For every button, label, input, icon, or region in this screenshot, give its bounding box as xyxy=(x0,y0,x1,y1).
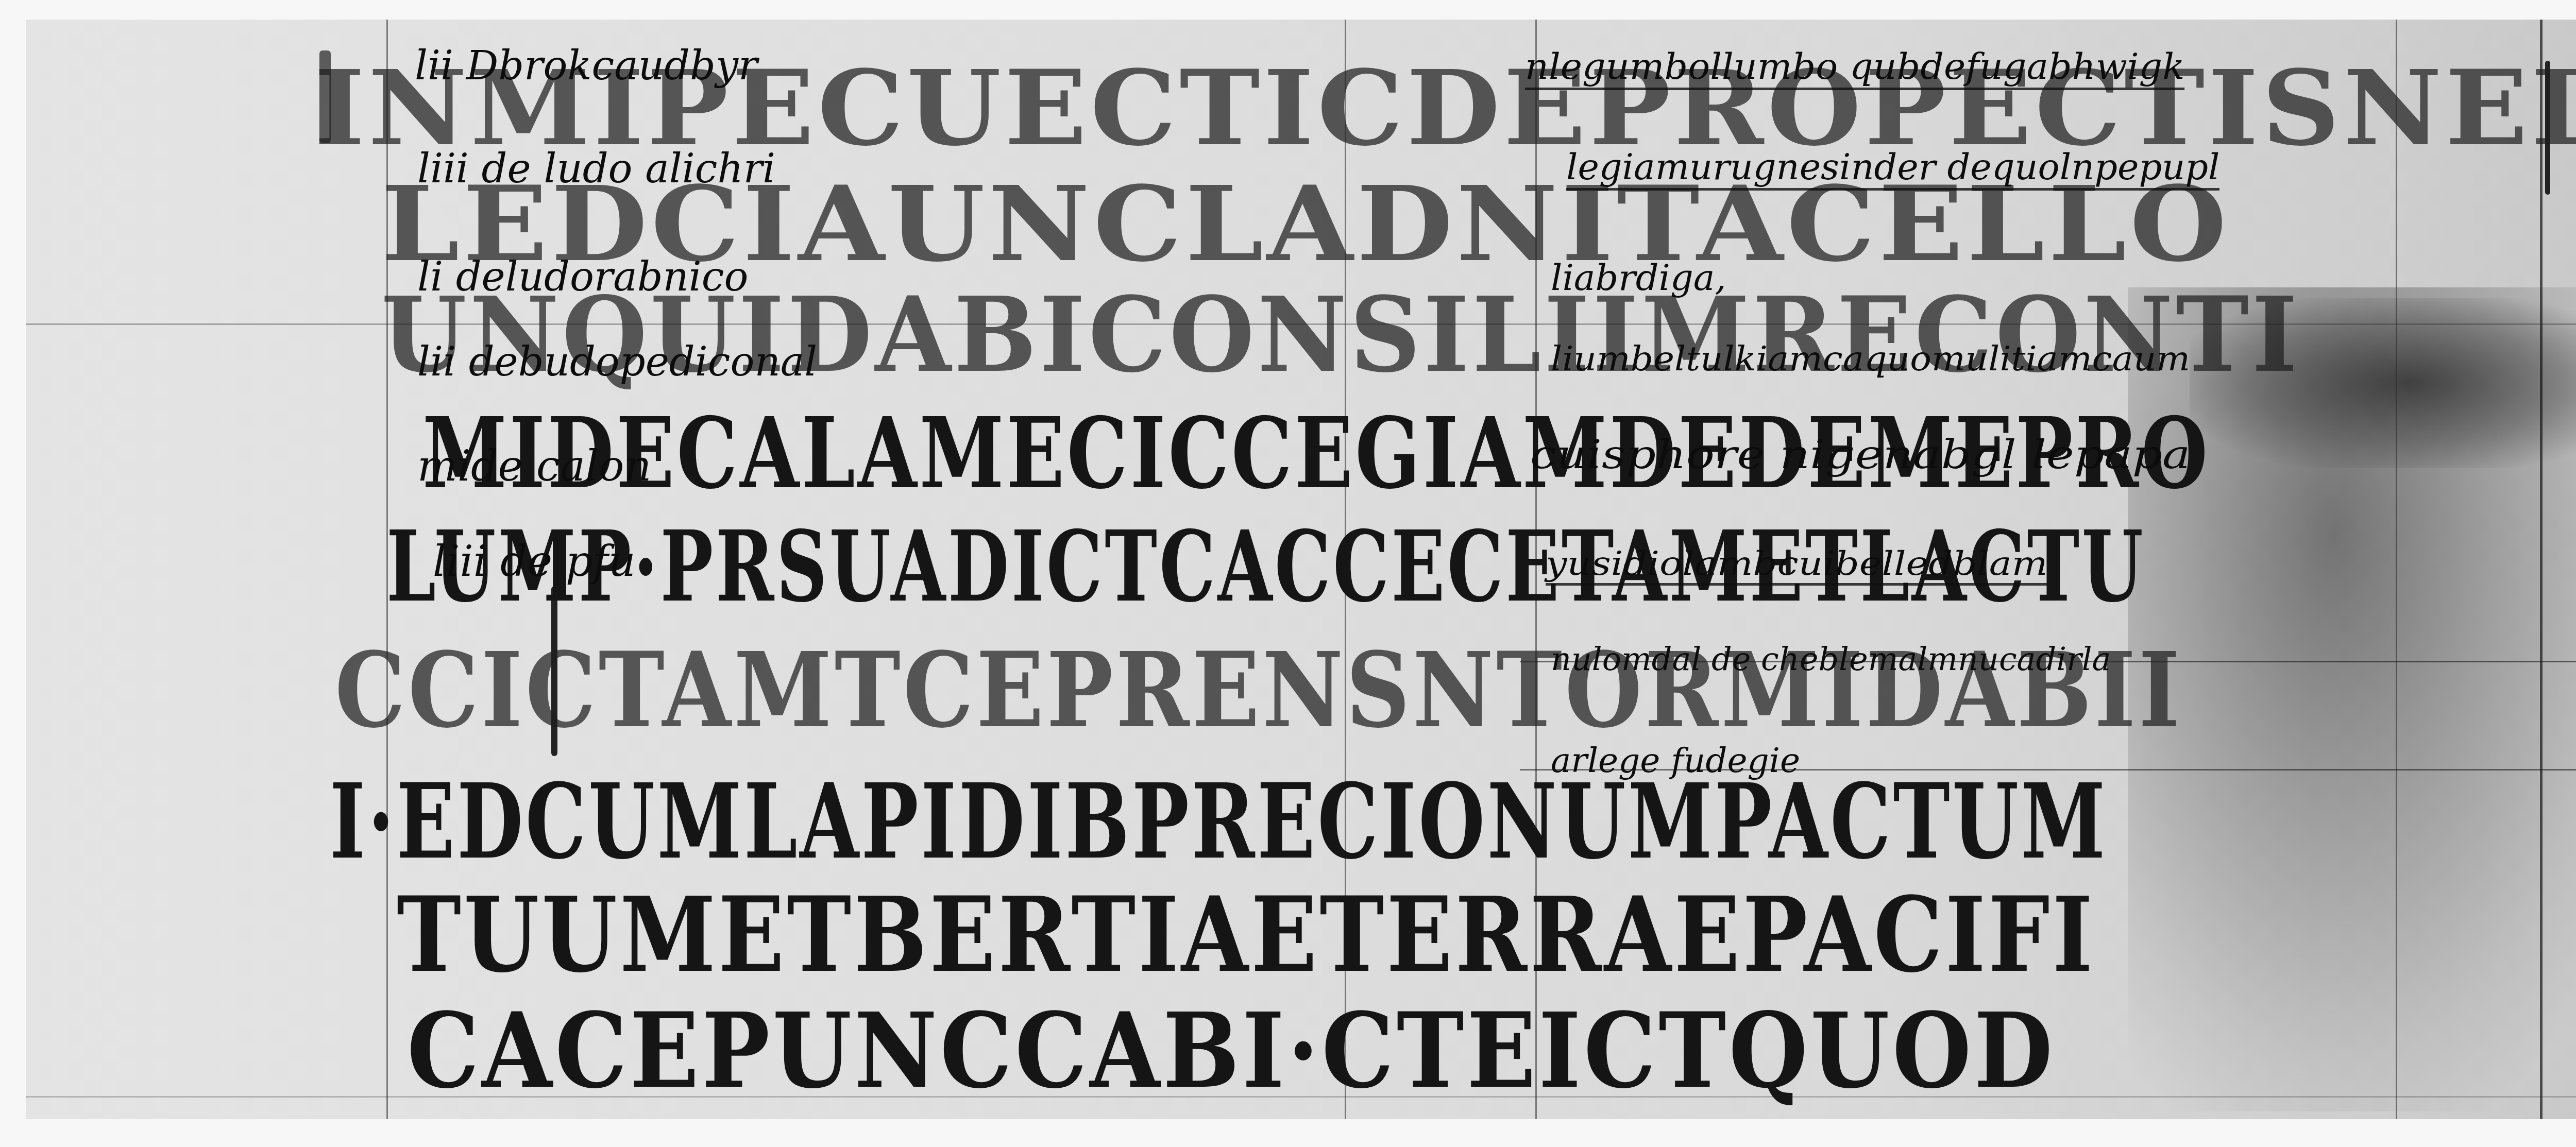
manuscript-photograph: INMIPECUECTICDEPROPECTISNEL LEDCIAUNCLAD… xyxy=(26,20,2576,1119)
gloss-left-line-4: lii debudopediconal xyxy=(417,339,817,385)
uncial-line-9: CACEPUNCCABI·CTEICTQUOD xyxy=(407,990,2055,1111)
gloss-right-line-4: liumbeltulkiamcaquomulitiamcaum xyxy=(1551,339,2190,379)
gloss-right-line-7: nulomdal de cheblemalmnucadirla xyxy=(1551,640,2111,678)
gloss-right-line-5: cuisphore nigenabgl lepapa xyxy=(1530,432,2190,477)
gloss-left-line-3: li deludorabnico xyxy=(417,254,748,300)
gloss-right-line-8: arlege fudegie xyxy=(1551,741,1800,780)
gloss-right-line-3: liabrdiga, xyxy=(1551,256,1726,299)
uncial-line-7: I·EDCUMLAPIDIBPRECIONUMPACTUM xyxy=(330,761,2108,882)
ruling-line-vertical xyxy=(2396,20,2397,1119)
gloss-left-line-5: mide calon xyxy=(417,442,651,491)
gloss-right-line-1: nlegumbollumbo qubdefugabhwigk xyxy=(1525,45,2185,90)
uncial-line-8: TUUMETBERTIAETERRAEPACIFI xyxy=(397,875,2095,996)
gloss-right-line-6: yusidiolambcuibelledblam xyxy=(1546,545,2047,586)
gloss-left-line-2: liii de ludo alichri xyxy=(417,146,775,192)
column-bounding-line xyxy=(2540,20,2543,1119)
gloss-right-line-2: legiamurugnesinder dequolnpepupl xyxy=(1566,146,2219,191)
gloss-left-line-6: liii de pfu xyxy=(433,537,636,586)
gloss-left-line-1: lii Dbrokcaudbyr xyxy=(415,43,757,89)
